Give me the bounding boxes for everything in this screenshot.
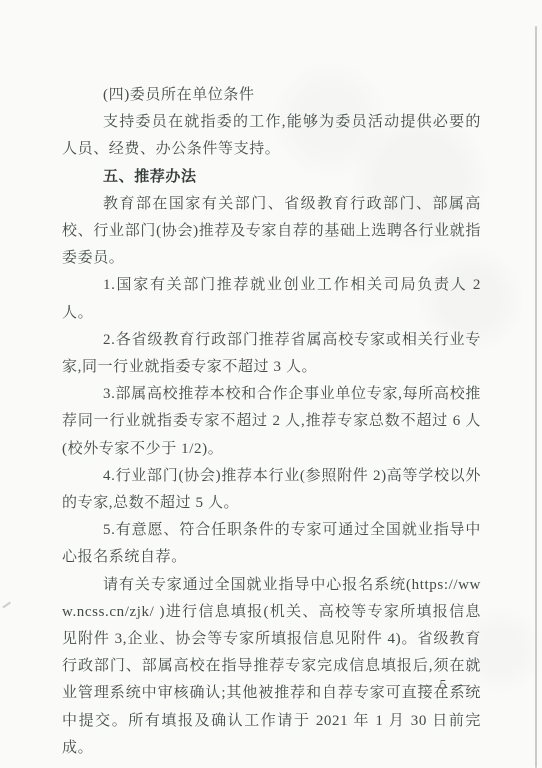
- paragraph-selection-basis: 教育部在国家有关部门、省级教育行政部门、部属高校、行业部门(协会)推荐及专家自荐…: [62, 191, 481, 273]
- section-subheading-unit-conditions: (四)委员所在单位条件: [62, 82, 481, 109]
- paragraph-unit-support: 支持委员在就指委的工作,能够为委员活动提供必要的人员、经费、办公条件等支持。: [62, 109, 481, 163]
- list-item-1-national-departments: 1.国家有关部门推荐就业创业工作相关司局负责人 2 人。: [62, 272, 481, 326]
- list-item-3-ministry-universities: 3.部属高校推荐本校和合作企事业单位专家,每所高校推荐同一行业就指委专家不超过 …: [62, 381, 481, 463]
- list-item-2-provincial-departments: 2.各省级教育行政部门推荐省属高校专家或相关行业专家,同一行业就指委专家不超过 …: [62, 327, 481, 381]
- document-page: (四)委员所在单位条件 支持委员在就指委的工作,能够为委员活动提供必要的人员、经…: [0, 0, 542, 768]
- paragraph-registration-instructions: 请有关专家通过全国就业指导中心报名系统(https://www.ncss.cn/…: [62, 572, 481, 762]
- scan-edge-line: [535, 26, 537, 768]
- section-heading-recommendation-method: 五、推荐办法: [62, 164, 481, 191]
- page-content: (四)委员所在单位条件 支持委员在就指委的工作,能够为委员活动提供必要的人员、经…: [62, 82, 481, 762]
- page-number: — 5 —: [418, 678, 470, 694]
- list-item-5-self-recommendation: 5.有意愿、符合任职条件的专家可通过全国就业指导中心报名系统自荐。: [62, 517, 481, 571]
- scan-scratch-mark: [2, 602, 10, 608]
- list-item-4-industry-associations: 4.行业部门(协会)推荐本行业(参照附件 2)高等学校以外的专家,总数不超过 5…: [62, 463, 481, 517]
